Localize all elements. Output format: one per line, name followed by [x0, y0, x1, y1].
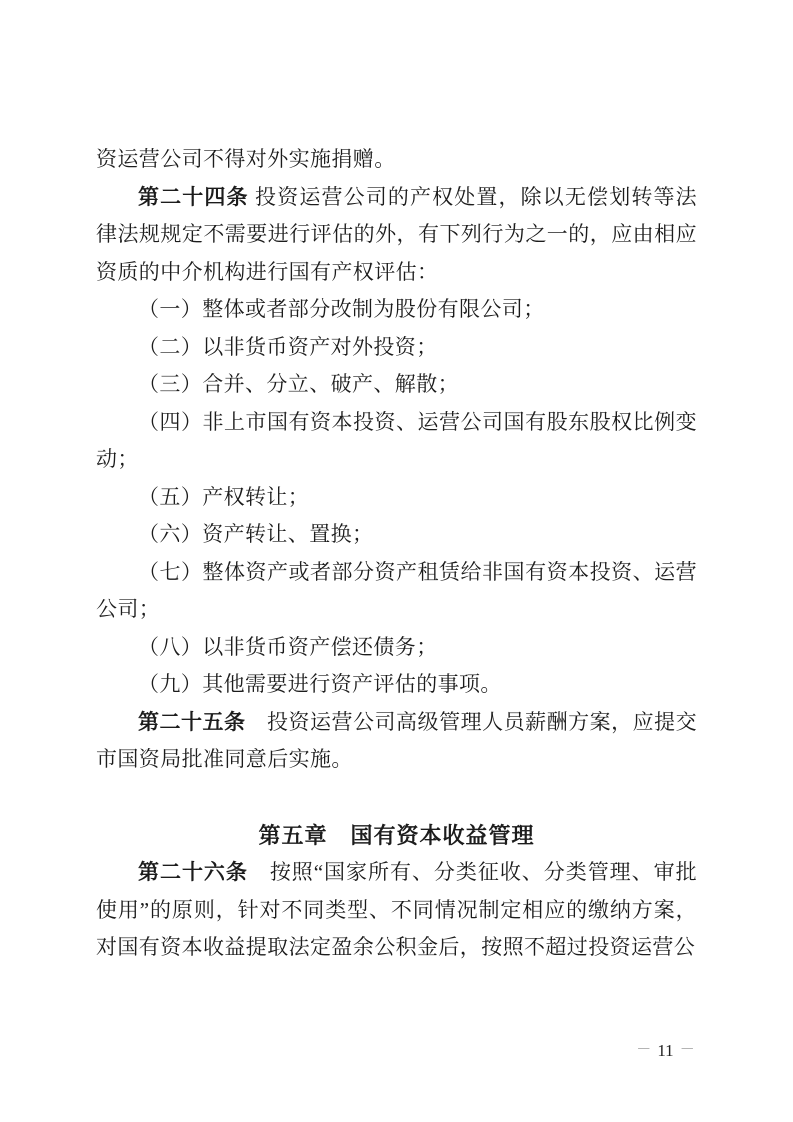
text-run: （七）整体资产或者部分资产租赁给非国有资本投资、运营公司；	[96, 560, 697, 622]
chapter-heading: 第五章 国有资本收益管理	[96, 817, 697, 855]
page-number: 11	[657, 1041, 673, 1060]
clause-item-2: （二）以非货币资产对外投资；	[96, 329, 697, 367]
clause-item-5: （五）产权转让；	[96, 479, 697, 517]
text-run: （三）合并、分立、破产、解散；	[138, 372, 459, 396]
footer-right-dash: －	[674, 1042, 701, 1058]
text-run: （六）资产转让、置换；	[138, 522, 373, 546]
bold-label: 第二十四条	[138, 186, 249, 209]
clause-item-1: （一）整体或者部分改制为股份有限公司；	[96, 291, 697, 329]
document-page: 资运营公司不得对外实施捐赠。第二十四条 投资运营公司的产权处置，除以无偿划转等法…	[0, 0, 793, 1122]
article-24: 第二十四条 投资运营公司的产权处置，除以无偿划转等法律法规规定不需要进行评估的外…	[96, 179, 697, 292]
text-run: （一）整体或者部分改制为股份有限公司；	[138, 297, 545, 321]
text-run: （九）其他需要进行资产评估的事项。	[138, 672, 502, 696]
paragraph-continuation: 资运营公司不得对外实施捐赠。	[96, 141, 697, 179]
clause-item-6: （六）资产转让、置换；	[96, 516, 697, 554]
text-run: 资运营公司不得对外实施捐赠。	[96, 147, 396, 171]
clause-item-9: （九）其他需要进行资产评估的事项。	[96, 666, 697, 704]
page-footer: －11－	[618, 1040, 713, 1063]
article-26: 第二十六条 按照“国家所有、分类征收、分类管理、审批使用”的原则，针对不同类型、…	[96, 854, 697, 967]
article-25: 第二十五条 投资运营公司高级管理人员薪酬方案，应提交市国资局批准同意后实施。	[96, 704, 697, 779]
bold-label: 第二十五条	[138, 711, 246, 734]
text-run: （五）产权转让；	[138, 485, 309, 509]
text-run: （二）以非货币资产对外投资；	[138, 335, 438, 359]
clause-item-7: （七）整体资产或者部分资产租赁给非国有资本投资、运营公司；	[96, 554, 697, 629]
text-run: （八）以非货币资产偿还债务；	[138, 635, 438, 659]
bold-label: 第二十六条	[138, 861, 248, 884]
clause-item-4: （四）非上市国有资本投资、运营公司国有股东股权比例变动；	[96, 404, 697, 479]
clause-item-3: （三）合并、分立、破产、解散；	[96, 366, 697, 404]
clause-item-8: （八）以非货币资产偿还债务；	[96, 629, 697, 667]
document-body: 资运营公司不得对外实施捐赠。第二十四条 投资运营公司的产权处置，除以无偿划转等法…	[96, 141, 697, 967]
bold-label: 第五章 国有资本收益管理	[258, 823, 534, 848]
text-run: （四）非上市国有资本投资、运营公司国有股东股权比例变动；	[96, 410, 697, 472]
footer-left-dash: －	[630, 1042, 657, 1058]
